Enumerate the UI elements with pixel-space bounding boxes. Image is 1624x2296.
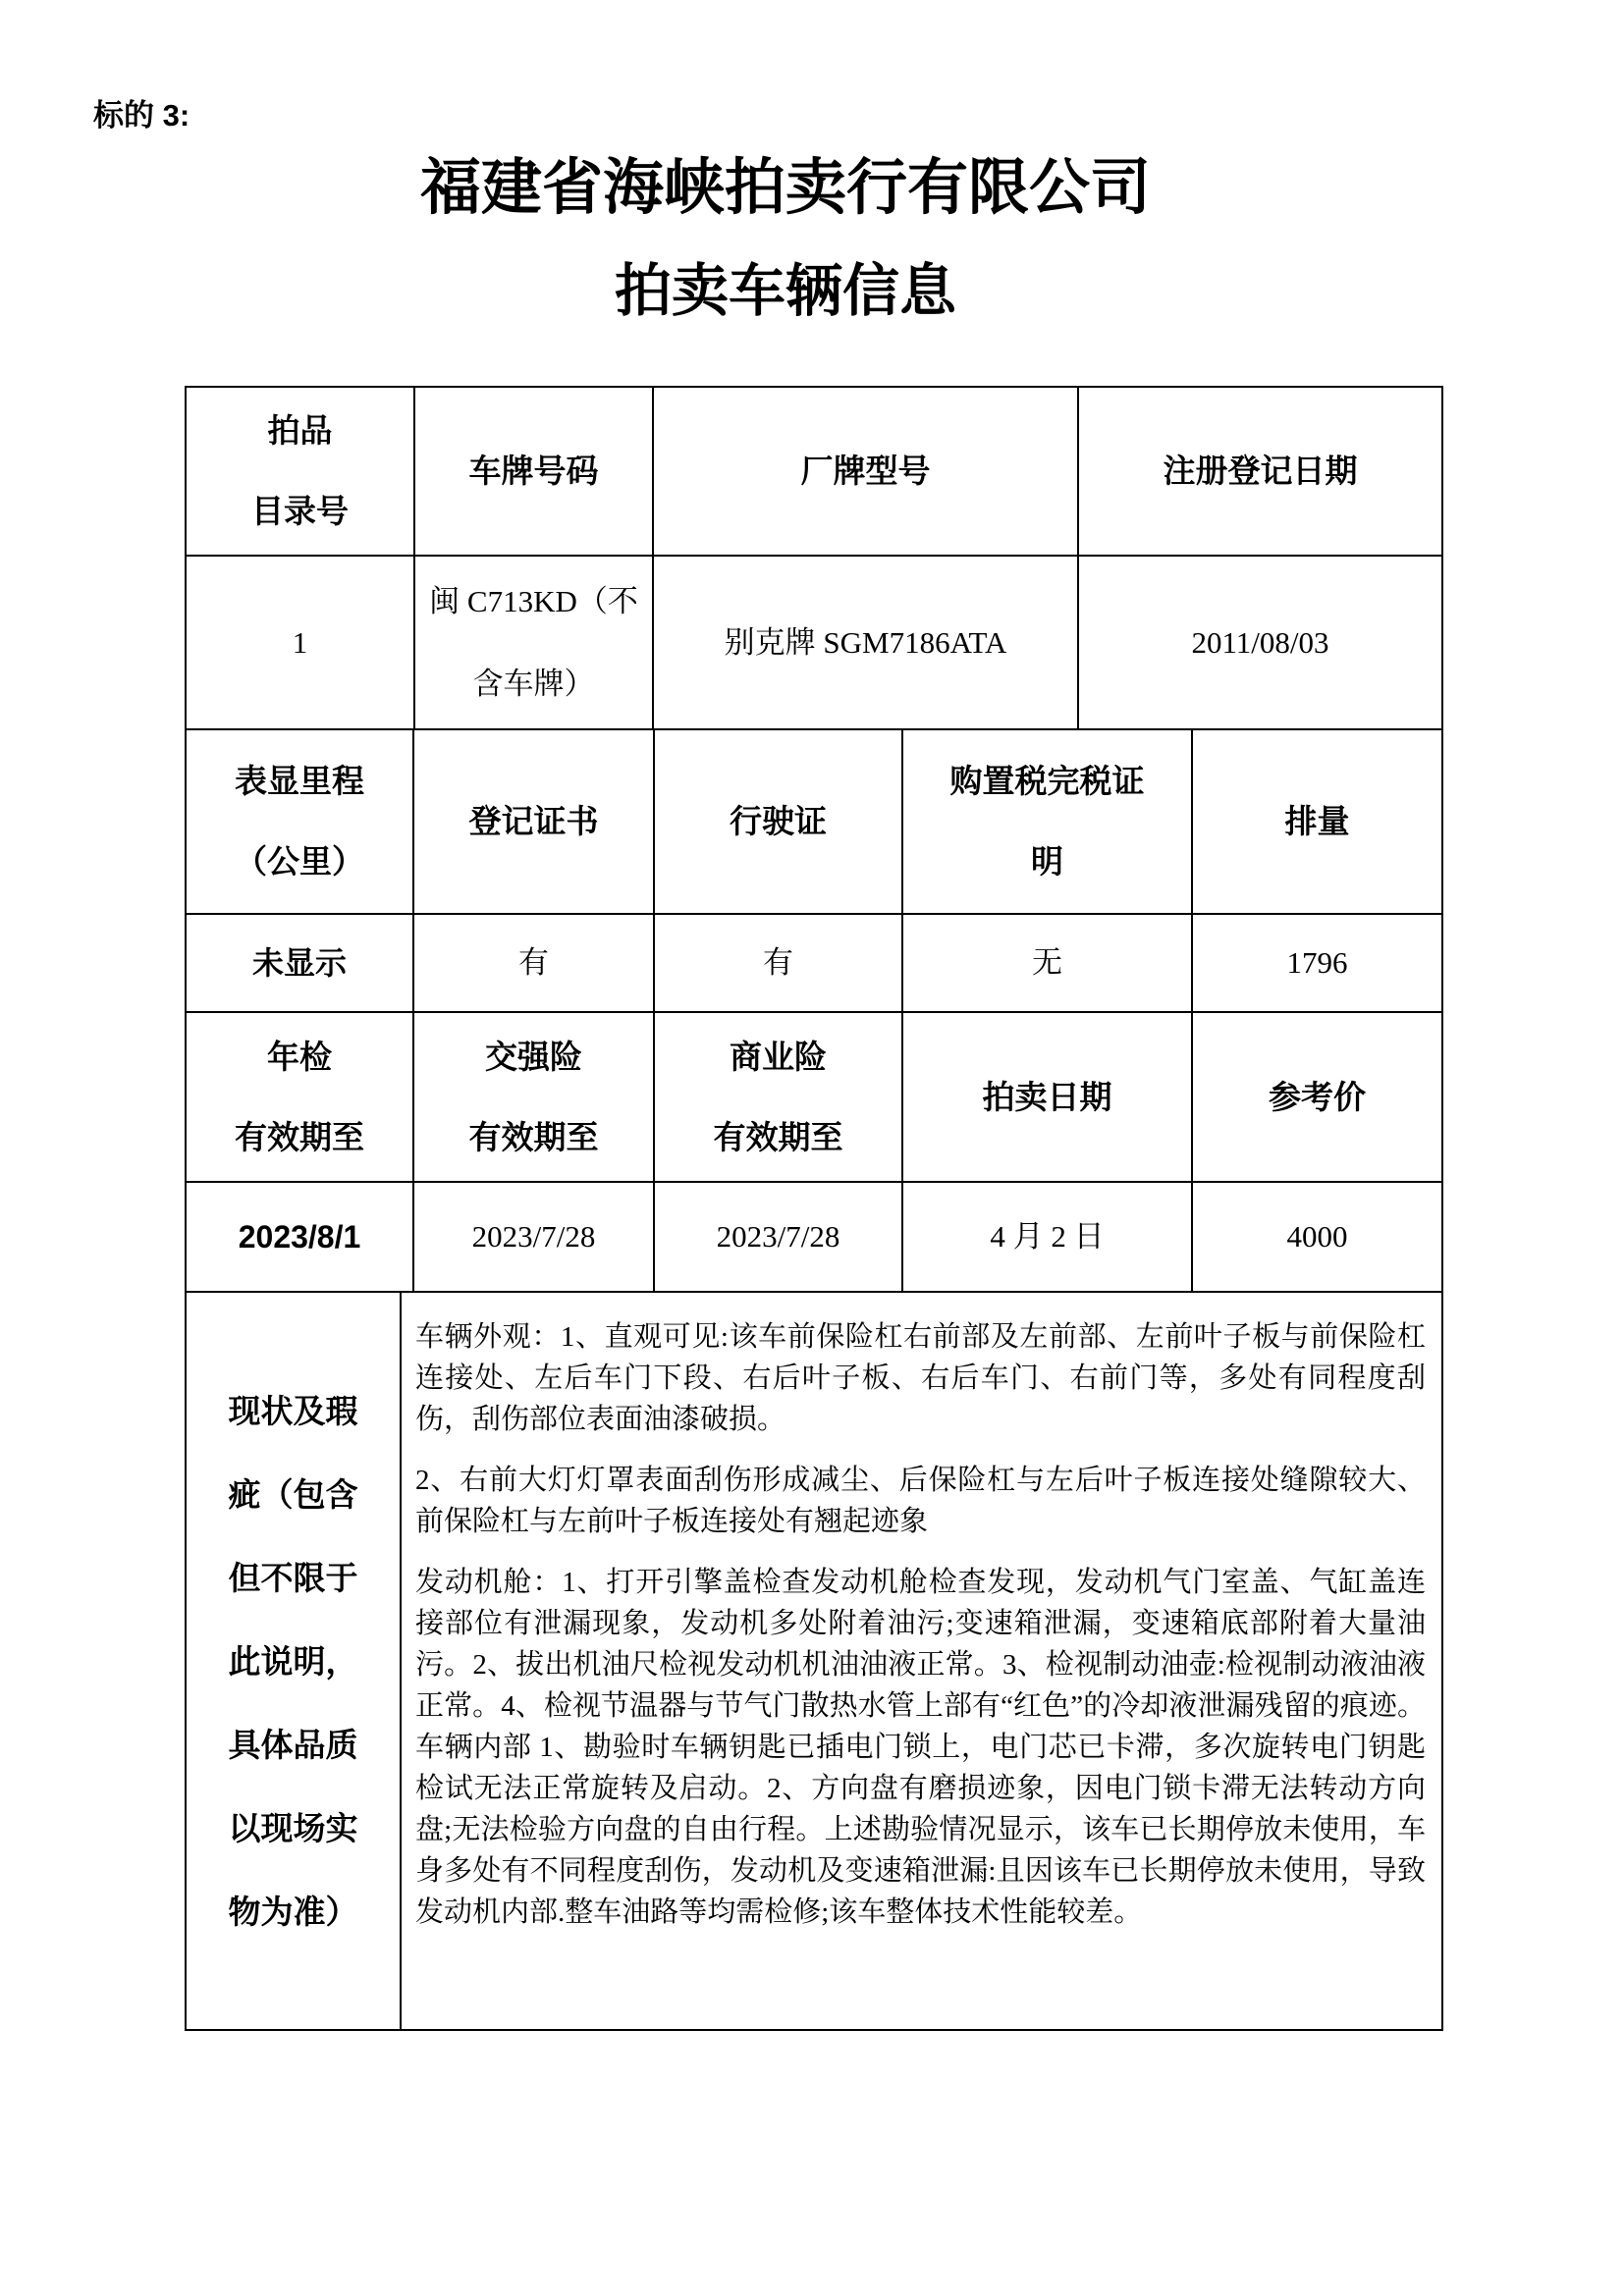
table-row-header-2: 表显里程 （公里） 登记证书 行驶证 购置税完税证 明 排量 xyxy=(187,730,1441,915)
cell-brand-model-value: 别克牌 SGM7186ATA xyxy=(654,557,1079,728)
cell-condition-label: 现状及瑕 疵（包含 但不限于 此说明， 具体品质 以现场实 物为准） xyxy=(187,1293,402,2029)
cell-lot-catalog-value: 1 xyxy=(187,557,415,728)
cell-displacement-value: 1796 xyxy=(1193,915,1441,1011)
table-row-condition: 现状及瑕 疵（包含 但不限于 此说明， 具体品质 以现场实 物为准） 车辆外观：… xyxy=(187,1293,1441,2029)
cell-mileage-header: 表显里程 （公里） xyxy=(187,730,414,913)
table-row-header-1: 拍品 目录号 车牌号码 厂牌型号 注册登记日期 xyxy=(187,388,1441,557)
cell-plate-number-header: 车牌号码 xyxy=(415,388,654,555)
page-title: 福建省海峡拍卖行有限公司 xyxy=(0,153,1571,224)
cell-inspection-expiry-value: 2023/8/1 xyxy=(187,1183,414,1291)
cell-plate-number-value: 闽 C713KD（不 含车牌） xyxy=(415,557,654,728)
page-subtitle: 拍卖车辆信息 xyxy=(0,257,1571,326)
cell-registration-date-value: 2011/08/03 xyxy=(1079,557,1441,728)
cell-registration-cert-header: 登记证书 xyxy=(414,730,655,913)
cell-compulsory-insurance-value: 2023/7/28 xyxy=(414,1183,655,1291)
cell-purchase-tax-header: 购置税完税证 明 xyxy=(903,730,1193,913)
cell-displacement-header: 排量 xyxy=(1193,730,1441,913)
cell-auction-date-header: 拍卖日期 xyxy=(903,1013,1193,1181)
table-row-header-3: 年检 有效期至 交强险 有效期至 商业险 有效期至 拍卖日期 参考价 xyxy=(187,1013,1441,1183)
cell-driving-license-value: 有 xyxy=(655,915,903,1011)
cell-condition-description: 车辆外观：1、直观可见:该车前保险杠右前部及左前部、左前叶子板与前保险杠连接处、… xyxy=(402,1293,1441,2029)
cell-lot-catalog-header: 拍品 目录号 xyxy=(187,388,415,555)
condition-paragraph-headlamp: 2、右前大灯灯罩表面刮伤形成减尘、后保险杠与左后叶子板连接处缝隙较大、前保险杠与… xyxy=(415,1460,1426,1542)
lot-label: 标的 3: xyxy=(93,96,189,135)
condition-paragraph-engine-interior: 发动机舱：1、打开引擎盖检查发动机舱检查发现，发动机气门室盖、气缸盖连接部位有泄… xyxy=(415,1562,1426,1933)
cell-commercial-insurance-value: 2023/7/28 xyxy=(655,1183,903,1291)
cell-registration-cert-value: 有 xyxy=(414,915,655,1011)
table-row-dates-values: 2023/8/1 2023/7/28 2023/7/28 4 月 2 日 400… xyxy=(187,1183,1441,1293)
table-row-documents-values: 未显示 有 有 无 1796 xyxy=(187,915,1441,1013)
condition-paragraph-exterior: 车辆外观：1、直观可见:该车前保险杠右前部及左前部、左前叶子板与前保险杠连接处、… xyxy=(415,1316,1426,1440)
cell-registration-date-header: 注册登记日期 xyxy=(1079,388,1441,555)
vehicle-info-table: 拍品 目录号 车牌号码 厂牌型号 注册登记日期 1 闽 C713KD（不 含车牌… xyxy=(185,386,1443,2031)
cell-inspection-expiry-header: 年检 有效期至 xyxy=(187,1013,414,1181)
cell-purchase-tax-value: 无 xyxy=(903,915,1193,1011)
cell-mileage-value: 未显示 xyxy=(187,915,414,1011)
document-page: 标的 3: 福建省海峡拍卖行有限公司 拍卖车辆信息 拍品 目录号 车牌号码 厂牌… xyxy=(0,0,1624,2296)
table-row-vehicle-identity: 1 闽 C713KD（不 含车牌） 别克牌 SGM7186ATA 2011/08… xyxy=(187,557,1441,730)
cell-brand-model-header: 厂牌型号 xyxy=(654,388,1079,555)
cell-auction-date-value: 4 月 2 日 xyxy=(903,1183,1193,1291)
cell-driving-license-header: 行驶证 xyxy=(655,730,903,913)
cell-commercial-insurance-header: 商业险 有效期至 xyxy=(655,1013,903,1181)
cell-compulsory-insurance-header: 交强险 有效期至 xyxy=(414,1013,655,1181)
cell-reference-price-header: 参考价 xyxy=(1193,1013,1441,1181)
cell-reference-price-value: 4000 xyxy=(1193,1183,1441,1291)
